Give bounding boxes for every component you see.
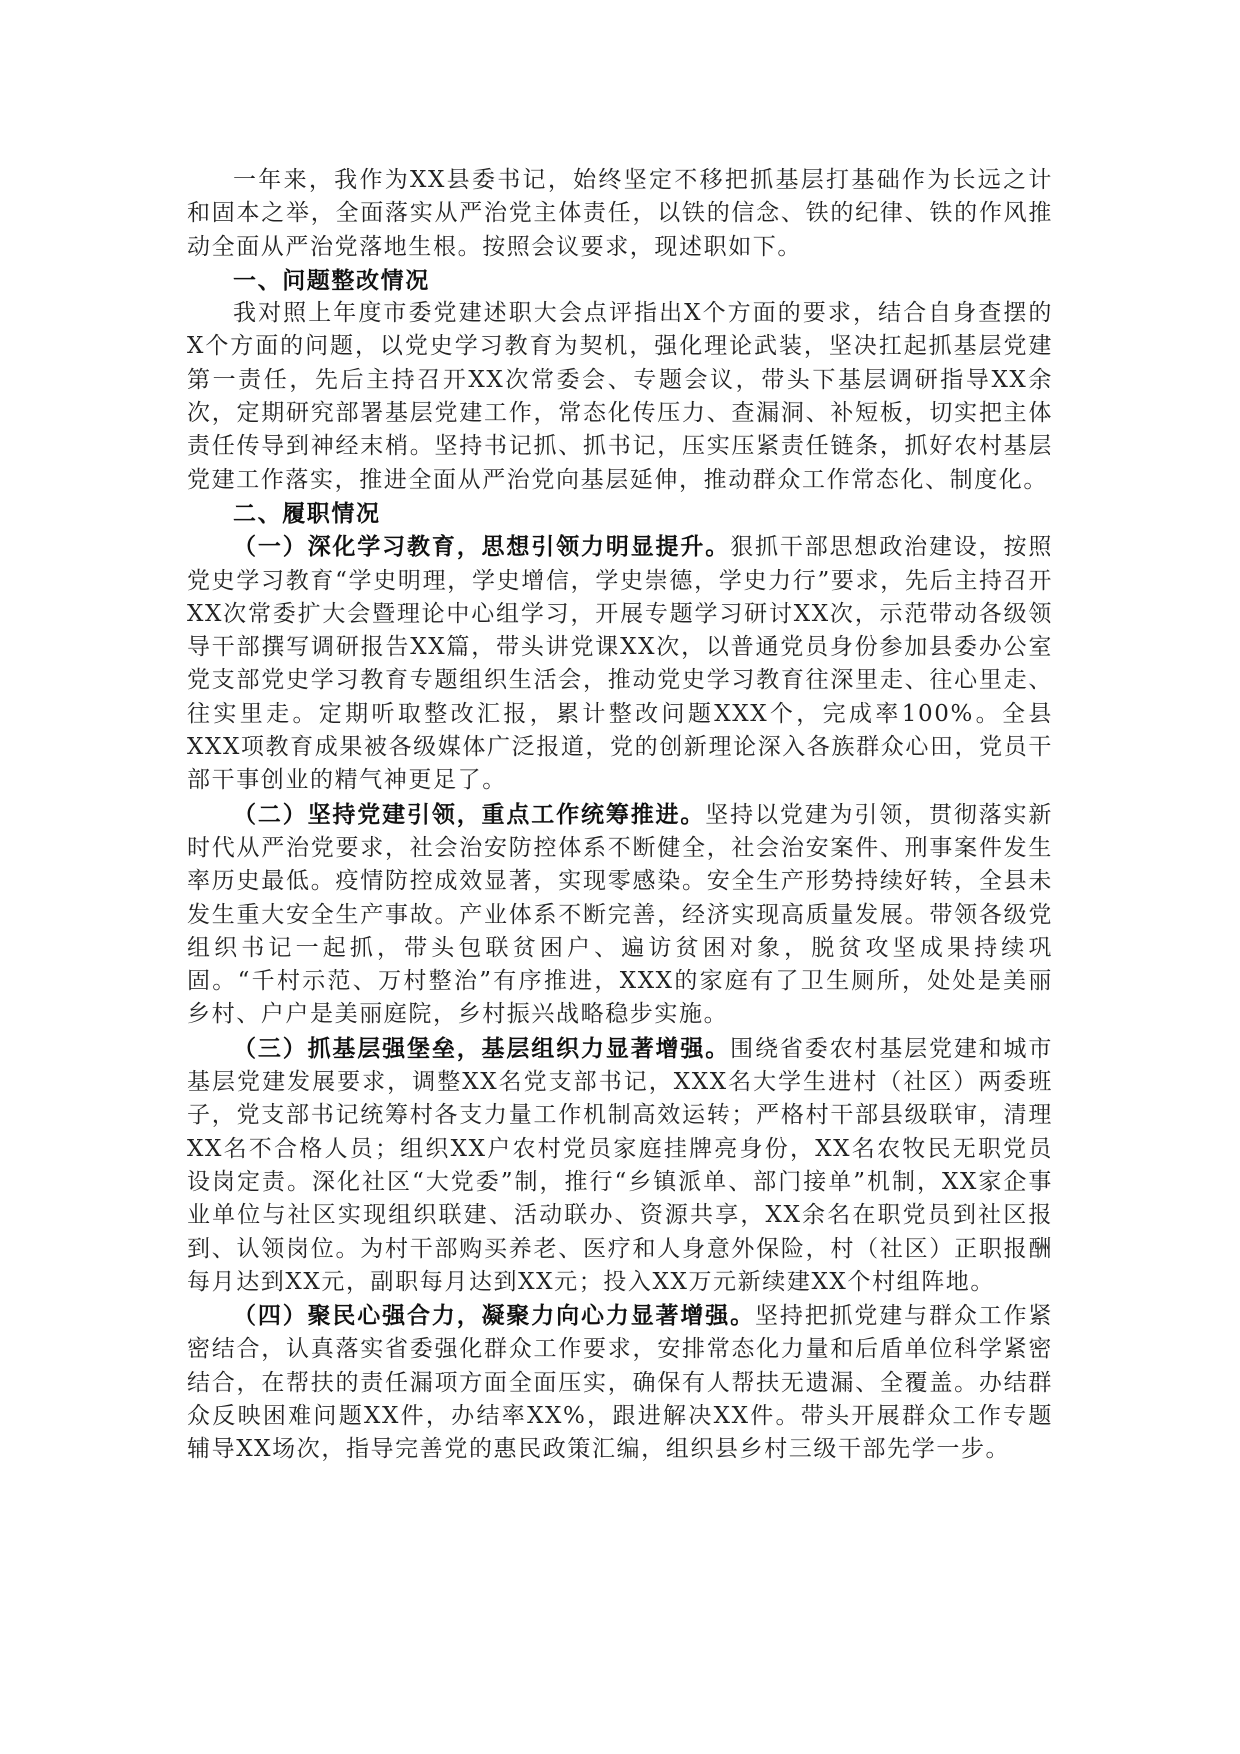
- subsection-body: 狠抓干部思想政治建设，按照党史学习教育“学史明理，学史增信，学史崇德，学史力行”…: [187, 534, 1053, 793]
- subsection-paragraph-study-education: （一）深化学习教育，思想引领力明显提升。狠抓干部思想政治建设，按照党史学习教育“…: [187, 530, 1053, 797]
- subsection-paragraph-party-leadership: （二）坚持党建引领，重点工作统筹推进。坚持以党建为引领，贯彻落实新时代从严治党要…: [187, 798, 1053, 1032]
- subsection-lead: （三）抓基层强堡垒，基层组织力显著增强。: [233, 1035, 730, 1062]
- section-heading-duty-performance: 二、履职情况: [187, 497, 1053, 530]
- subsection-lead: （二）坚持党建引领，重点工作统筹推进。: [233, 801, 705, 828]
- subsection-paragraph-public-cohesion: （四）聚民心强合力，凝聚力向心力显著增强。坚持把抓党建与群众工作紧密结合，认真落…: [187, 1299, 1053, 1466]
- section-heading-problem-rectification: 一、问题整改情况: [187, 264, 1053, 297]
- intro-paragraph: 一年来，我作为XX县委书记，始终坚定不移把抓基层打基础作为长远之计和固本之举，全…: [187, 164, 1053, 264]
- subsection-lead: （一）深化学习教育，思想引领力明显提升。: [233, 533, 730, 560]
- subsection-body: 围绕省委农村基层党建和城市基层党建发展要求，调整XX名党支部书记，XXX名大学生…: [187, 1036, 1053, 1295]
- section-paragraph-problem-rectification: 我对照上年度市委党建述职大会点评指出X个方面的要求，结合自身查摆的X个方面的问题…: [187, 297, 1053, 497]
- subsection-body: 坚持以党建为引领，贯彻落实新时代从严治党要求，社会治安防控体系不断健全，社会治安…: [187, 802, 1053, 1028]
- subsection-paragraph-grassroots-organization: （三）抓基层强堡垒，基层组织力显著增强。围绕省委农村基层党建和城市基层党建发展要…: [187, 1032, 1053, 1299]
- document-page: 一年来，我作为XX县委书记，始终坚定不移把抓基层打基础作为长远之计和固本之举，全…: [187, 164, 1053, 1467]
- subsection-lead: （四）聚民心强合力，凝聚力向心力显著增强。: [233, 1302, 755, 1329]
